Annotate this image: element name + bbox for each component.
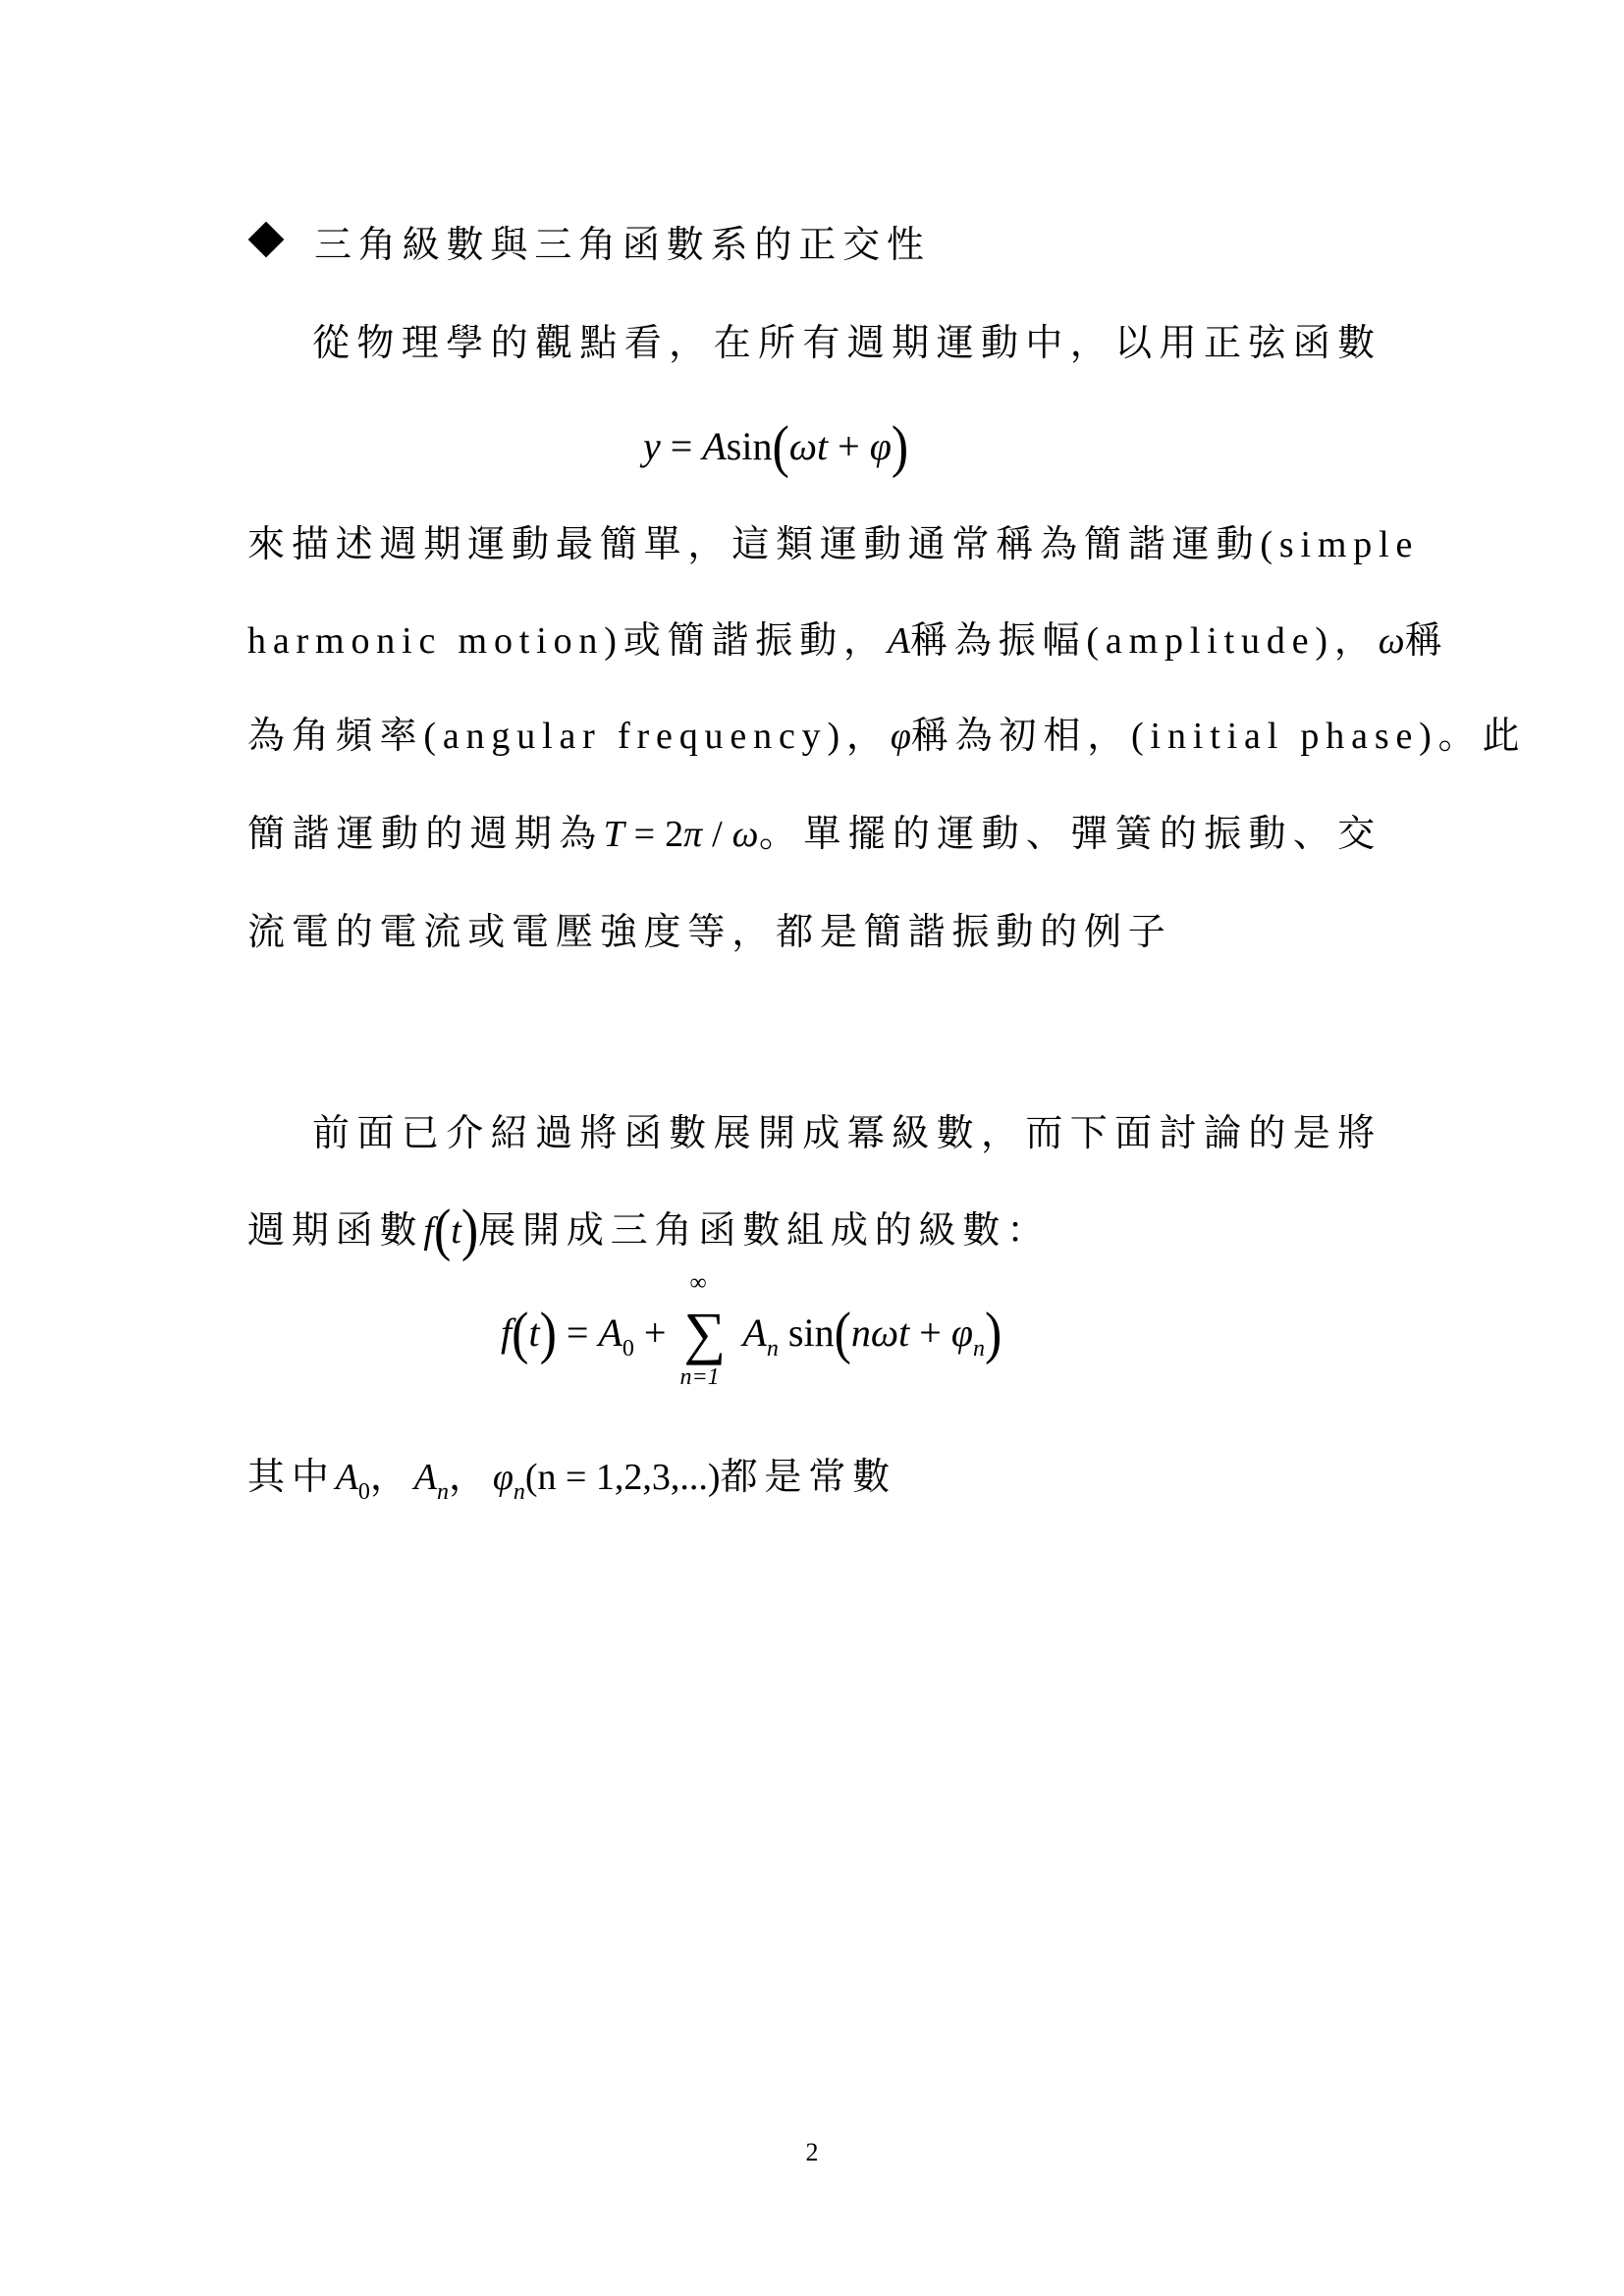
text-segment: 稱 xyxy=(1405,620,1449,662)
summation: ∞∑n=1 xyxy=(679,1304,738,1362)
lparen: ( xyxy=(434,1201,451,1260)
eq-var-y: y xyxy=(643,424,661,468)
rparen: ) xyxy=(461,1201,478,1260)
page-number: 2 xyxy=(0,2138,1624,2167)
paragraph1-line6: 流電的電流或電壓強度等，都是簡諧振動的例子 xyxy=(247,908,1381,957)
paragraph2-line3: 其中A0，An，φn(n = 1,2,3,...)都是常數 xyxy=(247,1453,1381,1517)
eq-phi: φ xyxy=(870,424,892,468)
eq-lparen: ( xyxy=(835,1305,851,1363)
eq-subscript-n: n xyxy=(973,1336,985,1362)
subscript-n: n xyxy=(514,1479,525,1505)
eq-var-A: A xyxy=(702,424,726,468)
section-title: 三角級數與三角函數系的正交性 xyxy=(314,225,931,266)
separator: ， xyxy=(370,1457,414,1498)
eq-n-omega-t: nωt xyxy=(851,1310,909,1355)
text-segment: 稱為初相，(initial phase)。此 xyxy=(911,716,1526,757)
eq-var-f: f xyxy=(501,1310,512,1355)
function-f-of-t: f(t) xyxy=(423,1210,478,1252)
eq-var-A: A xyxy=(598,1310,622,1355)
eq-lparen: ( xyxy=(772,418,788,477)
index-range: (n = 1,2,3,...) xyxy=(525,1457,721,1498)
equation-simple-harmonic: y = Asin(ωt + φ) xyxy=(643,417,908,476)
sum-upper-limit: ∞ xyxy=(689,1268,706,1298)
black-diamond-bullet-icon xyxy=(248,222,285,258)
eq-plus: + xyxy=(909,1310,951,1355)
paragraph1-line1: 從物理學的觀點看，在所有週期運動中，以用正弦函數 xyxy=(312,319,1381,368)
paragraph1-line2: 來描述週期運動最簡單，這類運動通常稱為簡諧運動(simple xyxy=(247,520,1381,569)
eq-rparen: ) xyxy=(985,1305,1001,1363)
sigma-icon: ∑ xyxy=(683,1304,726,1362)
var-omega: ω xyxy=(1379,620,1405,662)
eq-sin: sin xyxy=(727,424,773,468)
paragraph2-line1: 前面已介紹過將函數展開成冪級數，而下面討論的是將 xyxy=(312,1109,1381,1158)
text-segment: harmonic motion)或簡諧振動， xyxy=(247,620,888,662)
text-segment: 都是常數 xyxy=(721,1457,896,1498)
subscript-n: n xyxy=(437,1479,449,1505)
var-f: f xyxy=(423,1210,434,1252)
eq-rparen: ) xyxy=(540,1305,557,1363)
var-A0: A xyxy=(336,1457,358,1498)
equation-fourier-series: f(t) = A0 + ∞∑n=1An sin(nωt + φn) xyxy=(501,1304,1001,1421)
text-segment: 簡諧運動的週期為 xyxy=(247,814,604,855)
paragraph1-line5: 簡諧運動的週期為T = 2π / ω。單擺的運動、彈簧的振動、交 xyxy=(247,810,1381,859)
eq-omega-t: ωt xyxy=(789,424,828,468)
text-segment: 展開成三角函數組成的級數： xyxy=(478,1210,1051,1252)
paragraph1-line4: 為角頻率(angular frequency)，φ稱為初相，(initial p… xyxy=(247,712,1381,761)
eq-rparen: ) xyxy=(892,418,908,477)
eq-subscript-n: n xyxy=(767,1336,779,1362)
eq-phi: φ xyxy=(951,1310,973,1355)
paragraph1-line3: harmonic motion)或簡諧振動，A稱為振幅(amplitude)，ω… xyxy=(247,616,1381,666)
formula-equals-2: = 2 xyxy=(624,814,683,855)
eq-var-An: A xyxy=(742,1310,766,1355)
subscript-0: 0 xyxy=(358,1479,370,1505)
eq-plus: + xyxy=(828,424,870,468)
var-pi: π xyxy=(683,814,702,855)
var-phi-n: φ xyxy=(493,1457,514,1498)
var-omega: ω xyxy=(732,814,759,855)
var-t: t xyxy=(451,1210,461,1252)
eq-equals: = xyxy=(557,1310,599,1355)
var-A: A xyxy=(888,620,910,662)
text-segment: 稱為振幅(amplitude)， xyxy=(910,620,1379,662)
text-segment: 其中 xyxy=(247,1457,336,1498)
eq-lparen: ( xyxy=(512,1305,528,1363)
text-segment: 週期函數 xyxy=(247,1210,423,1252)
document-page: 三角級數與三角函數系的正交性 從物理學的觀點看，在所有週期運動中，以用正弦函數 … xyxy=(0,0,1624,2296)
formula-slash: / xyxy=(702,814,732,855)
period-formula: T = 2π / ω xyxy=(604,814,759,855)
eq-var-t: t xyxy=(528,1310,539,1355)
eq-sin: sin xyxy=(779,1310,835,1355)
section-heading: 三角級數與三角函數系的正交性 xyxy=(247,221,1381,270)
separator: ， xyxy=(449,1457,493,1498)
eq-equals: = xyxy=(661,424,703,468)
eq-subscript-0: 0 xyxy=(623,1336,634,1362)
text-segment: 為角頻率(angular frequency)， xyxy=(247,716,891,757)
eq-plus: + xyxy=(634,1310,677,1355)
var-phi: φ xyxy=(891,716,911,757)
var-T: T xyxy=(604,814,624,855)
var-An: A xyxy=(414,1457,437,1498)
paragraph2-line2: 週期函數f(t)展開成三角函數組成的級數： xyxy=(247,1205,1381,1256)
text-segment: 。單擺的運動、彈簧的振動、交 xyxy=(759,814,1381,855)
sum-lower-limit: n=1 xyxy=(679,1362,719,1392)
constants-list: A0 xyxy=(336,1457,370,1498)
